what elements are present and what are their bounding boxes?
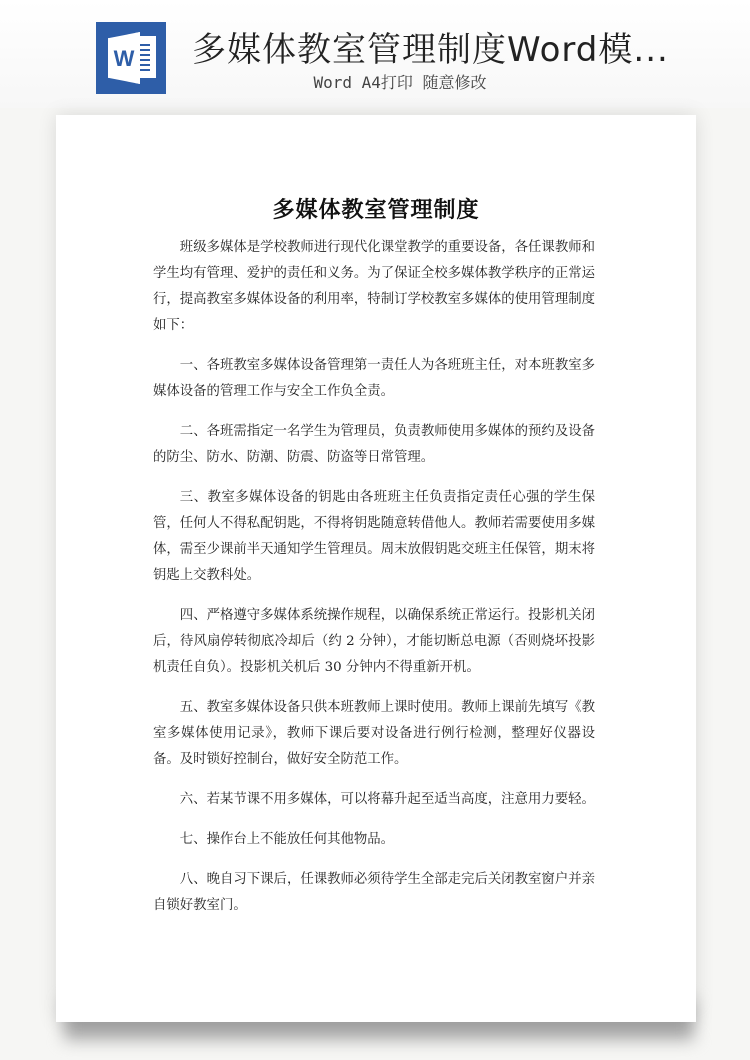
header-subtitle: Word A4打印 随意修改 [0,70,750,93]
document-body: 班级多媒体是学校教师进行现代化课堂教学的重要设备，各任课教师和学生均有管理、爱护… [153,235,595,933]
paragraph-rule-8: 八、晚自习下课后，任课教师必须待学生全部走完后关闭教室窗户并亲自锁好教室门。 [153,867,595,919]
word-icon-letter: W [110,46,138,72]
header-banner: W 多媒体教室管理制度Word模... Word A4打印 随意修改 [0,0,750,108]
header-title: 多媒体教室管理制度Word模... [192,22,669,71]
paragraph-rule-3: 三、教室多媒体设备的钥匙由各班班主任负责指定责任心强的学生保管，任何人不得私配钥… [153,485,595,589]
paragraph-rule-5: 五、教室多媒体设备只供本班教师上课时使用。教师上课前先填写《教室多媒体使用记录》… [153,695,595,773]
paragraph-rule-6: 六、若某节课不用多媒体，可以将幕升起至适当高度，注意用力要轻。 [153,787,595,813]
paragraph-rule-2: 二、各班需指定一名学生为管理员，负责教师使用多媒体的预约及设备的防尘、防水、防潮… [153,419,595,471]
header-subtitle-text: Word A4打印 随意修改 [313,73,486,92]
document-page: 多媒体教室管理制度 班级多媒体是学校教师进行现代化课堂教学的重要设备，各任课教师… [56,115,696,1022]
paragraph-rule-7: 七、操作台上不能放任何其他物品。 [153,827,595,853]
document-title: 多媒体教室管理制度 [56,193,696,224]
paragraph-rule-1: 一、各班教室多媒体设备管理第一责任人为各班班主任，对本班教室多媒体设备的管理工作… [153,353,595,405]
paragraph-intro: 班级多媒体是学校教师进行现代化课堂教学的重要设备，各任课教师和学生均有管理、爱护… [153,235,595,339]
paragraph-rule-4: 四、严格遵守多媒体系统操作规程，以确保系统正常运行。投影机关闭后，待风扇停转彻底… [153,603,595,681]
